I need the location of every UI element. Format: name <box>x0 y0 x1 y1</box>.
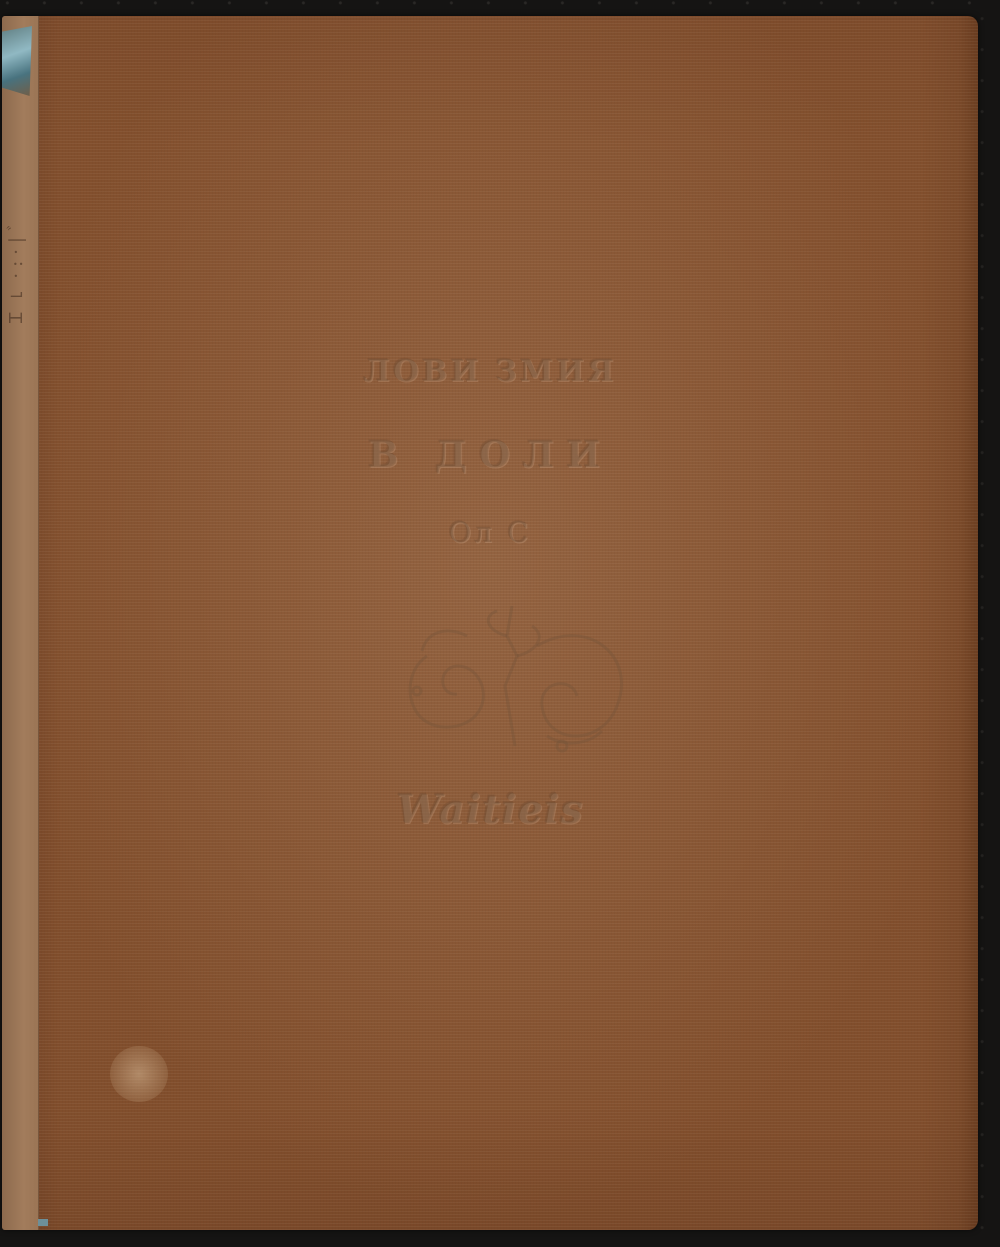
spine-text: Ꮖ⌐·:·|ﾞ <box>4 216 30 323</box>
embossed-signature: Waitieis <box>2 786 978 833</box>
monogram-ornament-icon <box>387 596 637 766</box>
embossed-title-line-2: В ДОЛИ <box>2 434 978 476</box>
book-spine: Ꮖ⌐·:·|ﾞ <box>2 16 39 1230</box>
embossed-title-line-3: Ол С <box>2 516 978 549</box>
spine-label-fragment <box>2 26 32 96</box>
embossed-title-line-1: ЛОВИ ЗМИЯ <box>2 354 978 389</box>
spine-corner-fragment <box>38 1219 48 1226</box>
cloth-stain <box>110 1046 168 1102</box>
book-cover: Ꮖ⌐·:·|ﾞ ЛОВИ ЗМИЯ В ДОЛИ Ол С JS Waitiei… <box>2 16 978 1230</box>
